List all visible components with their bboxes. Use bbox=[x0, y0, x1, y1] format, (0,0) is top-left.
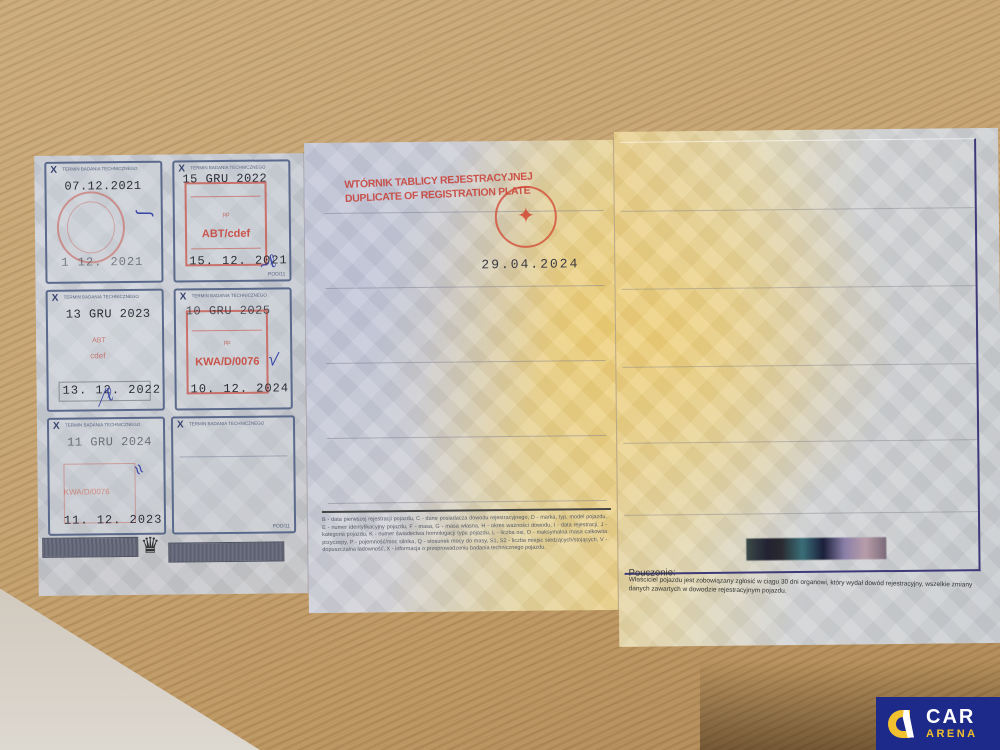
eagle-icon: ✦ bbox=[497, 188, 556, 247]
inspection-date-bottom: 1 12. 2021 bbox=[61, 255, 143, 270]
inspection-box: X TERMIN BADANIA TECHNICZNEGO 07.12.2021… bbox=[44, 161, 163, 284]
inspection-header: TERMIN BADANIA TECHNICZNEGO bbox=[192, 292, 286, 298]
stamp-date: 29.04.2024 bbox=[481, 256, 579, 272]
inspection-header: TERMIN BADANIA TECHNICZNEGO bbox=[65, 422, 159, 428]
form-code: POD/11 bbox=[273, 523, 290, 529]
station-code: ABT/cdef bbox=[187, 228, 265, 241]
security-band-left bbox=[42, 537, 138, 558]
round-official-stamp: ✦ bbox=[495, 186, 558, 249]
stamp-sub: pp bbox=[188, 340, 266, 347]
inspection-box: X TERMIN BADANIA TECHNICZNEGO 11 GRU 202… bbox=[47, 417, 166, 536]
inspection-stamps-panel: X TERMIN BADANIA TECHNICZNEGO 07.12.2021… bbox=[34, 153, 309, 596]
form-frame bbox=[620, 138, 981, 575]
inspection-date-top: 11 GRU 2024 bbox=[67, 435, 152, 450]
inspection-date-top: 13 GRU 2023 bbox=[66, 307, 151, 322]
checkmark-x: X bbox=[177, 419, 184, 430]
inspection-box: X TERMIN BADANIA TECHNICZNEGO 13 GRU 202… bbox=[46, 289, 165, 412]
stamp-sub: pp bbox=[187, 212, 265, 219]
polish-eagle-icon: ♛ bbox=[138, 531, 162, 561]
inspection-date-bottom: 10. 12. 2024 bbox=[191, 381, 290, 396]
inspection-header: TERMIN BADANIA TECHNICZNEGO bbox=[189, 420, 289, 426]
checkmark-x: X bbox=[180, 291, 187, 302]
hologram-sticker bbox=[746, 537, 886, 560]
inspection-header: TERMIN BADANIA TECHNICZNEGO bbox=[62, 166, 156, 172]
logo-text-car: CAR bbox=[926, 707, 978, 727]
inspection-header: TERMIN BADANIA TECHNICZNEGO bbox=[190, 164, 284, 170]
stamp-sub: ABT bbox=[92, 337, 106, 344]
inspection-header: TERMIN BADANIA TECHNICZNEGO bbox=[64, 294, 158, 300]
car-arena-logo: CAR ARENA bbox=[876, 697, 1000, 750]
station-code: KWA/D/0076 bbox=[188, 356, 266, 369]
logo-text-arena: ARENA bbox=[926, 729, 978, 740]
inspection-box: X TERMIN BADANIA TECHNICZNEGO pp KWA/D/0… bbox=[174, 287, 293, 410]
checkmark-x: X bbox=[52, 293, 59, 304]
duplicate-plate-panel: WTÓRNIK TABLICY REJESTRACYJNEJ DUPLICATE… bbox=[304, 140, 619, 613]
signature-icon: √ bbox=[267, 349, 280, 371]
security-band-right bbox=[168, 541, 284, 562]
field-legend: B - data pierwszej rejestracji pojazdu, … bbox=[322, 514, 607, 554]
station-code: KWA/D/0076 bbox=[64, 487, 110, 496]
signature-icon: ʃ bbox=[135, 209, 157, 218]
inspection-date-bottom: 11. 12. 2023 bbox=[64, 513, 163, 528]
registration-document: X TERMIN BADANIA TECHNICZNEGO 07.12.2021… bbox=[34, 128, 1000, 658]
round-official-stamp bbox=[57, 191, 126, 264]
inspection-date-top: 07.12.2021 bbox=[64, 179, 141, 194]
car-arena-logo-icon bbox=[888, 710, 916, 738]
notice-body: Właściciel pojazdu jest zobowiązany zgło… bbox=[629, 575, 979, 598]
inspection-date-top: 15 GRU 2022 bbox=[182, 172, 267, 187]
checkmark-x: X bbox=[53, 421, 60, 432]
inspection-box: X TERMIN BADANIA TECHNICZNEGO POD/11 bbox=[171, 415, 296, 534]
divider bbox=[322, 508, 611, 513]
inspection-box: X TERMIN BADANIA TECHNICZNEGO pp ABT/cde… bbox=[172, 159, 291, 282]
station-code: cdef bbox=[90, 351, 105, 360]
checkmark-x: X bbox=[50, 165, 57, 176]
notice-panel: Pouczenie: Właściciel pojazdu jest zobow… bbox=[614, 128, 1000, 647]
inspection-date-top: 10 GRU 2025 bbox=[186, 304, 271, 319]
form-lines bbox=[324, 160, 603, 163]
